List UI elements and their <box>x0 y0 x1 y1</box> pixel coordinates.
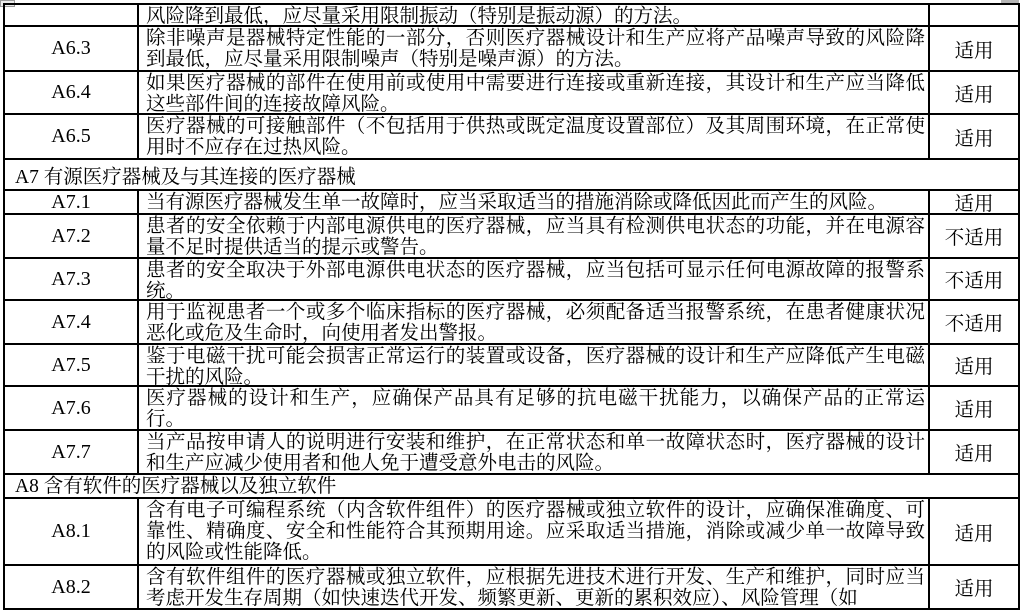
section-header-label: A8 含有软件的医疗器械以及独立软件 <box>5 475 339 497</box>
table-row: A7.1 当有源医疗器械发生单一故障时，应当采取适当的措施消除或降低因此而产生的… <box>5 189 1018 213</box>
applicability-cell: 不适用 <box>930 215 1018 257</box>
requirement-text-cell: 患者的安全依赖于内部电源供电的医疗器械，应当具有检测供电状态的功能，并在电源容量… <box>139 215 930 257</box>
applicability-cell: 适用 <box>930 387 1018 429</box>
requirement-text-cell: 风险降到最低，应尽量采用限制振动（特别是振动源）的方法。 <box>139 5 930 25</box>
requirement-text-cell: 当有源医疗器械发生单一故障时，应当采取适当的措施消除或降低因此而产生的风险。 <box>139 191 930 213</box>
requirement-text-cell: 如果医疗器械的部件在使用前或使用中需要进行连接或重新连接，其设计和生产应当降低这… <box>139 72 930 113</box>
table-row: A8.1 含有电子可编程系统（内含软件组件）的医疗器械或独立软件的设计，应确保准… <box>5 497 1018 564</box>
table-row: 风险降到最低，应尽量采用限制振动（特别是振动源）的方法。 <box>5 5 1018 25</box>
item-code-cell: A7.5 <box>5 345 139 385</box>
applicability-cell: 不适用 <box>930 259 1018 299</box>
section-header-row: A8 含有软件的医疗器械以及独立软件 <box>5 473 1018 497</box>
section-header-row: A7 有源医疗器械及与其连接的医疗器械 <box>5 158 1018 189</box>
table-row: A6.5 医疗器械的可接触部件（不包括用于供热或既定温度设置部位）及其周围环境，… <box>5 113 1018 158</box>
table-row: A6.4 如果医疗器械的部件在使用前或使用中需要进行连接或重新连接，其设计和生产… <box>5 70 1018 113</box>
item-code-cell: A6.3 <box>5 27 139 70</box>
applicability-cell: 适用 <box>930 72 1018 113</box>
requirement-text-cell: 医疗器械的可接触部件（不包括用于供热或既定温度设置部位）及其周围环境，在正常使用… <box>139 115 930 158</box>
item-code-cell: A7.2 <box>5 215 139 257</box>
item-code-cell: A7.4 <box>5 301 139 343</box>
applicability-cell: 适用 <box>930 27 1018 70</box>
applicability-cell: 适用 <box>930 499 1018 564</box>
table-row: A6.3 除非噪声是器械特定性能的一部分，否则医疗器械设计和生产应将产品噪声导致… <box>5 25 1018 70</box>
table-row: A7.5 鉴于电磁干扰可能会损害正常运行的装置或设备，医疗器械的设计和生产应降低… <box>5 343 1018 385</box>
requirement-text-cell: 用于监视患者一个或多个临床指标的医疗器械，必须配备适当报警系统，在患者健康状况恶… <box>139 301 930 343</box>
requirement-text-cell: 含有软件组件的医疗器械或独立软件，应根据先进技术进行开发、生产和维护，同时应当考… <box>139 566 930 608</box>
table-row: A8.2 含有软件组件的医疗器械或独立软件，应根据先进技术进行开发、生产和维护，… <box>5 564 1018 608</box>
item-code-cell: A6.5 <box>5 115 139 158</box>
table-row: A7.2 患者的安全依赖于内部电源供电的医疗器械，应当具有检测供电状态的功能，并… <box>5 213 1018 257</box>
applicability-cell: 不适用 <box>930 301 1018 343</box>
applicability-cell: 适用 <box>930 191 1018 213</box>
requirements-table: 风险降到最低，应尽量采用限制振动（特别是振动源）的方法。 A6.3 除非噪声是器… <box>3 3 1020 610</box>
applicability-cell: 适用 <box>930 566 1018 608</box>
item-code-cell: A8.2 <box>5 566 139 608</box>
requirement-text-cell: 医疗器械的设计和生产，应确保产品具有足够的抗电磁干扰能力，以确保产品的正常运行。 <box>139 387 930 429</box>
requirement-text-cell: 当产品按申请人的说明进行安装和维护，在正常状态和单一故障状态时，医疗器械的设计和… <box>139 431 930 473</box>
item-code-cell: A6.4 <box>5 72 139 113</box>
table-row: A7.7 当产品按申请人的说明进行安装和维护，在正常状态和单一故障状态时，医疗器… <box>5 429 1018 473</box>
requirement-text-cell: 除非噪声是器械特定性能的一部分，否则医疗器械设计和生产应将产品噪声导致的风险降到… <box>139 27 930 70</box>
applicability-cell: 适用 <box>930 431 1018 473</box>
requirement-text-cell: 鉴于电磁干扰可能会损害正常运行的装置或设备，医疗器械的设计和生产应降低产生电磁干… <box>139 345 930 385</box>
table-row: A7.4 用于监视患者一个或多个临床指标的医疗器械，必须配备适当报警系统，在患者… <box>5 299 1018 343</box>
item-code-cell: A7.6 <box>5 387 139 429</box>
requirement-text-cell: 患者的安全取决于外部电源供电状态的医疗器械，应当包括可显示任何电源故障的报警系统… <box>139 259 930 299</box>
item-code-cell <box>5 5 139 25</box>
document-page: 风险降到最低，应尽量采用限制振动（特别是振动源）的方法。 A6.3 除非噪声是器… <box>0 0 1027 613</box>
applicability-cell: 适用 <box>930 115 1018 158</box>
item-code-cell: A7.3 <box>5 259 139 299</box>
item-code-cell: A7.1 <box>5 191 139 213</box>
table-row: A7.6 医疗器械的设计和生产，应确保产品具有足够的抗电磁干扰能力，以确保产品的… <box>5 385 1018 429</box>
item-code-cell: A8.1 <box>5 499 139 564</box>
table-row: A7.3 患者的安全取决于外部电源供电状态的医疗器械，应当包括可显示任何电源故障… <box>5 257 1018 299</box>
requirement-text-cell: 含有电子可编程系统（内含软件组件）的医疗器械或独立软件的设计，应确保准确度、可靠… <box>139 499 930 564</box>
item-code-cell: A7.7 <box>5 431 139 473</box>
applicability-cell <box>930 5 1018 25</box>
section-header-label: A7 有源医疗器械及与其连接的医疗器械 <box>5 164 359 189</box>
applicability-cell: 适用 <box>930 345 1018 385</box>
